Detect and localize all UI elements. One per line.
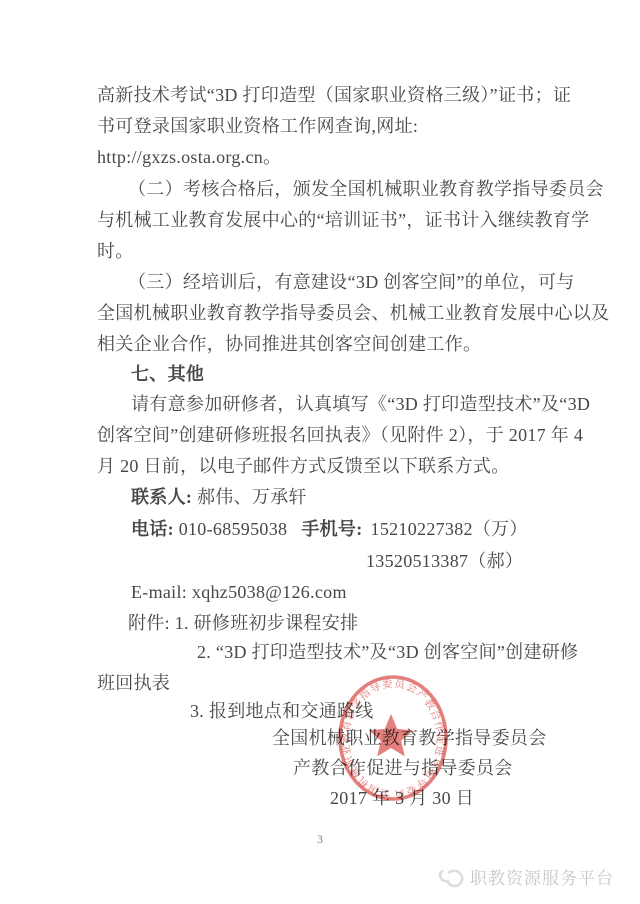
- contact-value: 郝伟、万承轩: [192, 487, 307, 507]
- body-line: （三）经培训后，有意建设“3D 创客空间”的单位，可与: [128, 271, 575, 293]
- phone-line: 电话: 010-68595038手机号:15210227382（万）: [131, 518, 528, 540]
- platform-name: 职教资源服务平台: [470, 864, 614, 889]
- body-line: 高新技术考试“3D 打印造型（国家职业资格三级）”证书；证: [97, 84, 571, 106]
- email-value: xqhz5038@126.com: [187, 582, 347, 602]
- mobile-label: 手机号:: [301, 519, 362, 539]
- attachment-item-2-cont: 班回执表: [97, 672, 170, 694]
- signature-org-1: 全国机械职业教育教学指导委员会: [272, 727, 547, 749]
- contact-label: 联系人:: [131, 487, 192, 507]
- body-line: 请有意参加研修者，认真填写《“3D 打印造型技术”及“3D: [131, 393, 590, 415]
- signature-org-2: 产教合作促进与指导委员会: [293, 757, 513, 779]
- mobile-number-2: 13520513387（郝）: [366, 550, 523, 572]
- body-line: （二）考核合格后，颁发全国机械职业教育教学指导委员会: [128, 178, 604, 200]
- document-page: 高新技术考试“3D 打印造型（国家职业资格三级）”证书；证 书可登录国家职业资格…: [0, 0, 640, 904]
- attachment-item-3: 3. 报到地点和交通路线: [190, 700, 374, 722]
- attachments-line: 附件: 1. 研修班初步课程安排: [128, 612, 358, 634]
- section-heading: 七、其他: [131, 363, 204, 385]
- body-line: 时。: [97, 240, 134, 262]
- body-line: 与机械工业教育发展中心的“培训证书”，证书计入继续教育学: [97, 209, 589, 231]
- attachment-item-1: 1. 研修班初步课程安排: [170, 613, 358, 633]
- body-line: 创客空间”创建研修班报名回执表》（见附件 2），于 2017 年 4: [97, 424, 583, 446]
- attachment-item-2: 2. “3D 打印造型技术”及“3D 创客空间”创建研修: [197, 641, 578, 663]
- phone-number: 010-68595038: [174, 519, 287, 539]
- body-line: 相关企业合作，协同推进其创客空间创建工作。: [97, 333, 481, 355]
- email-line: E-mail: xqhz5038@126.com: [131, 581, 347, 603]
- phone-label: 电话:: [131, 519, 174, 539]
- body-line: 月 20 日前，以电子邮件方式反馈至以下联系方式。: [97, 455, 510, 477]
- url-text: http://gxzs.osta.org.cn。: [97, 146, 281, 168]
- signature-date: 2017 年 3 月 30 日: [330, 787, 474, 809]
- email-label: E-mail:: [131, 582, 187, 602]
- body-line: 全国机械职业教育教学指导委员会、机械工业教育发展中心以及: [97, 302, 609, 324]
- attachments-label: 附件:: [128, 613, 170, 633]
- page-number: 3: [0, 832, 640, 847]
- platform-logo-icon: [438, 865, 464, 889]
- body-line: 书可登录国家职业资格工作网查询,网址:: [97, 115, 418, 137]
- footer-watermark: 职教资源服务平台: [438, 864, 614, 889]
- contact-line: 联系人: 郝伟、万承轩: [131, 486, 307, 508]
- mobile-number-1: 15210227382（万）: [371, 519, 528, 539]
